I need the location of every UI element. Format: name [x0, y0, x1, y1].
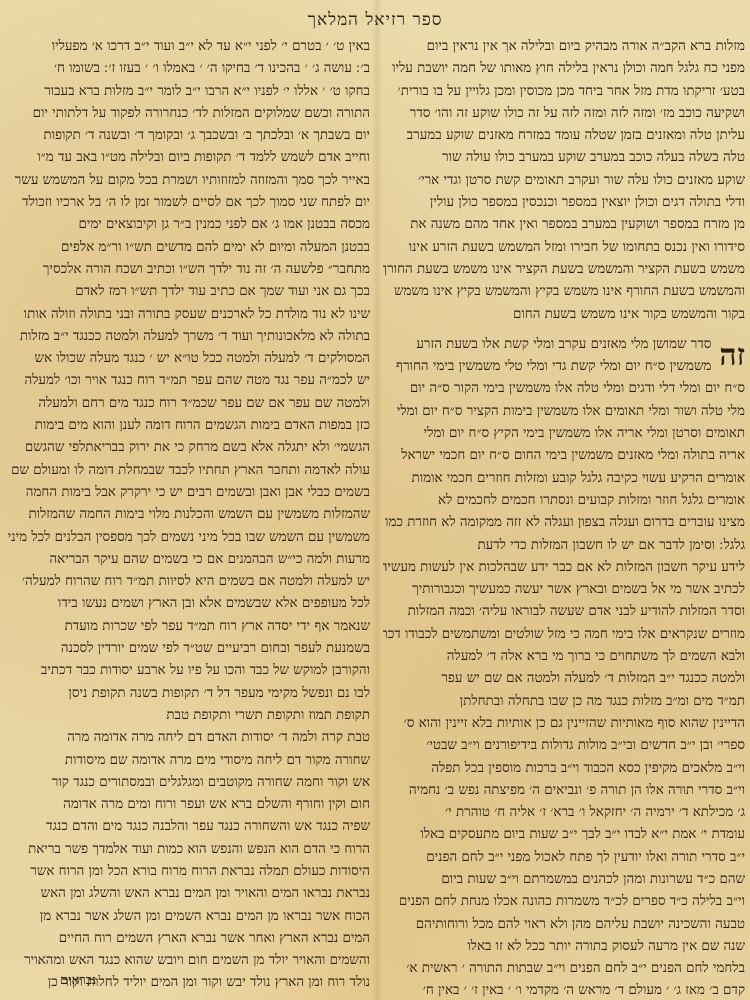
text-line: בתולה לא מלאכונותיך ועוד ד׳ משרך למעלה ו… [8, 326, 370, 348]
text-line: טבעה והשכינה יושבת עליהם מהן ולא ראוי לה… [383, 914, 745, 936]
text-line: מוזרים שנקראים אלו בימי חמה כי מזל שולטי… [383, 624, 745, 646]
text-line: שינו לא נוד מולדת כל לארכנים שעסק בתורה … [8, 304, 370, 326]
text-line: וחייב אדם לשמש ללמד ד׳ תקופות ביום ובליל… [8, 147, 370, 169]
text-line: לכל מעופפים אלא שבשמים אלא ובן הארץ ושמי… [8, 593, 370, 615]
text-line: בטע׳ זריקתו מדת מזל אחר ביחד מכן מכוסין … [383, 81, 745, 103]
text-line: והקורבן למוקש של כבד והכו על פיו על ארבע… [8, 660, 370, 682]
text-line: עליתן טלה ומאזנים בזמן שטלה עומד במזרח מ… [383, 125, 745, 147]
text-line: מפני כח גלגל חמה וכולן נראין בלילה חוץ מ… [383, 58, 745, 80]
text-line: יום לפתח שני סמוך לכך אם לסיים לשמור זמן… [8, 192, 370, 214]
text-line: והשמים והאויר יולד מן השמים חום ויובש שה… [8, 950, 370, 972]
text-line: נבראת נבראו המים והאויר ומן המים נברא הא… [8, 883, 370, 905]
text-line: יש לכמ״ה עפר נגד מטה שהם עפר תמ״ד רוח כנ… [8, 370, 370, 392]
text-line: ספרי׳ ובן י״ב חדשים ובי״ב מולות גדולות ב… [383, 735, 745, 757]
text-line: משמשין עם השמש שבו בכל מיני נשמים לכך מס… [8, 527, 370, 549]
text-line: אומרים הרקיע עשוי כקיבה גלגל קובע ומזלות… [383, 468, 745, 490]
text-line: מן מזרח במספר ושוקעין במערב במספר ואין א… [383, 214, 745, 236]
text-line: שוקע מאזנים כולו עלה שור ועקרב תאומים קש… [383, 170, 745, 192]
column-gutter [372, 0, 382, 1000]
text-line: בשמנעת לעפר ובחום רביעיים שט״ד לפי שמים … [8, 638, 370, 660]
text-line: המים נברא הארץ ואחר אשר נברא הארץ השמים … [8, 928, 370, 950]
text-line: מצינו עוברים בדרום ועגלה בצפון ועגלה לא … [383, 512, 745, 534]
text-line: ב׳ ׃ עושה ג׳ ׳ בהכינו ד׳ בחיקו ה׳ ׳ באמל… [8, 58, 370, 80]
text-line: מכסה בבטנן אמו ג׳ אם לפני כמנין ב״ר גן ו… [8, 214, 370, 236]
text-line: הרוח כי הדם הוא הנפש והנפש הוא כמות ועוד… [8, 839, 370, 861]
left-column: באין ט׳ ׳ בטרם י׳ לפני י״א עד לא י״ב ועו… [8, 36, 370, 995]
text-line: הדיינין שהוא סוף מאותיות שהזיינין גם כן … [383, 713, 745, 735]
text-line: קדם ב׳ מאז ג׳ ׳ מעולם ד׳ מראש ה׳ מקדמי ו… [383, 980, 745, 1000]
text-line: הגשמי׳ ולא יתגלה אלא בשם מרחק כי את ירוק… [8, 437, 370, 459]
scanned-page: ספר רזיאל המלאך מזלות ברא הקב״ה אורה מבה… [0, 0, 750, 1000]
text-line: אריה בתולה ומלי מאזנים משמשין בימי החום … [383, 445, 745, 467]
text-line: ס״ח יום ומלי דלי ודגים ומלי טלה אלו משמש… [383, 378, 745, 400]
text-line: סדר שמושן מלי מאזנים עקרב ומלי קשת אלו ב… [383, 334, 711, 356]
text-line: בלחמי לחם הפנים י״ב לחם הפנים וי״ב שבתות… [383, 958, 745, 980]
text-line: תאומים וסרטן ומלי אריה אלו משמשין בימי ה… [383, 423, 745, 445]
text-line: שנאמר אף ידי יסדה ארץ רוח תמ״ד עפר לפי ש… [8, 616, 370, 638]
text-line: ולמטה שם עפר אם שם עפר שכמ״ד רוח כנגד מי… [8, 393, 370, 415]
right-paragraph-1: מזלות ברא הקב״ה אורה מבהיק ביום ובלילה א… [383, 36, 745, 326]
text-line: לבו נם ונפשל מקימי מעפר דל ד׳ תקופות בשנ… [8, 683, 370, 705]
text-line: גלגל ׃ וסימן לדבר אם יש לו חשבון המזלות … [383, 535, 745, 557]
decorated-initial-word: זה [719, 336, 745, 376]
text-line: חום וקין וחורף והשלם ברא אש ועפר ורוח ומ… [8, 794, 370, 816]
text-line: יום בשבתך א׳ ובלכתך ב׳ ובשכבך ג׳ ובקומך … [8, 125, 370, 147]
text-line: ג׳ מכילתא ד׳ ירמיה ה׳ יחזקאל ו׳ ברא׳ ז׳ … [383, 802, 745, 824]
text-line: היסודות כעולם תמלה נבראת הרוח מרוח בורא … [8, 861, 370, 883]
text-line: לידע עיקר חשבון המזלות לא אם כבר ידע שבה… [383, 557, 745, 579]
text-line: וסדר המזלות להודיע לבני אדם שעשה לבוראו … [383, 601, 745, 623]
text-line: שנה שם אין מרעה לעסוק בתורה יותר ככל לא … [383, 936, 745, 958]
left-paragraph: באין ט׳ ׳ בטרם י׳ לפני י״א עד לא י״ב ועו… [8, 36, 370, 995]
text-line: סידורו ואין נכנס בתחומו של חבירו ומזל המ… [383, 237, 745, 259]
text-line: מזלות ברא הקב״ה אורה מבהיק ביום ובלילה א… [383, 36, 745, 58]
right-paragraph-2: זה סדר שמושן מלי מאזנים עקרב ומלי קשת אל… [383, 334, 745, 1000]
text-line: עומדת י׳ אמת י״א לבדו י״ב לבך י״ב שעות ב… [383, 824, 745, 846]
text-line: אומרים גלגל חוזר ומזלות קבועים ונסתרו חכ… [383, 490, 745, 512]
text-line: שחורה מקור דם ליחה מיסודי מים מרה אדומה … [8, 750, 370, 772]
text-line: עולה לאדמה ותחבר הארץ תחתיו לכבד שבמחלת … [8, 460, 370, 482]
text-line: שהמזלות משמשין עם השמש והכלנות מלוי בימו… [8, 504, 370, 526]
text-line: וי״ב בלילה כ״ד ספרים לכ״ד משמרות כהונה א… [383, 891, 745, 913]
text-line: טלה בשלה בעלה כוכב במערב שוקע במערב כולו… [383, 147, 745, 169]
text-line: אש וקור וחמה שחורה מקוטבים ומגלגלים ובמס… [8, 772, 370, 794]
text-line: משמשין ס״ח יום ומלי קשת גדי ומלי טלי משמ… [383, 356, 711, 378]
text-line: שפיה כנגד אש והשחורה כנגד עפר והלבנה כנג… [8, 816, 370, 838]
text-line: התורה וכשם שמלוקים המזלות לד׳ כנחרורה לפ… [8, 103, 370, 125]
text-line: ושקיעה כוכב מז׳ ומזה לזה ומזה לזה על זה … [383, 103, 745, 125]
text-line: תקופת תמוז ותקופת תשרי ותקופת טבת [8, 705, 370, 727]
text-line: באין ט׳ ׳ בטרם י׳ לפני י״א עד לא י״ב ועו… [8, 36, 370, 58]
text-line: בשמים כבלי אבן ואבן ובשמים רבים יש כי יר… [8, 482, 370, 504]
text-line: מרעות ולמה כי״ש הבהמנים אם כי בשמים שהם … [8, 549, 370, 571]
text-line: והמשמש בשעת החורף אינו משמש בקיץ והמשמש … [383, 281, 745, 303]
text-line: שהם כ״ד עשרונות ומהן לכהנים במשמרתם וי״ב… [383, 869, 745, 891]
running-head: ספר רזיאל המלאך [0, 10, 750, 30]
text-line: הכוח אשר נבראו מן המים נברא השמים ומן הש… [8, 906, 370, 928]
text-line: בכך גם אני ועוד שמך אם כתיב עוד ילדך תש״… [8, 281, 370, 303]
text-line: מלי טלה ושור ומלי תאומים אלו משמשין בימו… [383, 401, 745, 423]
text-line: ולמטה ככנגד י״ב המזלות ד׳ למעלה ולמטה אם… [383, 668, 745, 690]
text-line: המסולקים ד׳ למעלה ולמטה ככל טו״א יש ׳ כנ… [8, 348, 370, 370]
right-column: מזלות ברא הקב״ה אורה מבהיק ביום ובלילה א… [383, 36, 745, 1000]
catchword: נבראים [60, 972, 96, 988]
text-line: בחקו ט׳ ׳ אללו י׳ לפניו י״א הרבו י״ב לומ… [8, 81, 370, 103]
text-line: ולבא השמים לך משתחוים כי ברוך מי ברא אלה… [383, 646, 745, 668]
text-line: טבת קרה ולמה ד׳ יסודות האדם דם ליחה מרה … [8, 727, 370, 749]
text-line: לכתיב אשר מי אל בשמים ובארץ אשר יעשה כמע… [383, 579, 745, 601]
text-line: תמ״ד מים ומ״ב מזלות כנגד מה כן שבו בתחלה… [383, 691, 745, 713]
text-line: באייר לכך סמך והמזוזה למזוזותיו ושמרת בכ… [8, 170, 370, 192]
text-line: משמש בשעת הקציר והמשמש בשעת הקציר אינו מ… [383, 259, 745, 281]
text-line: י״ב סדרי תורה ואלו יודעין לך פתח לאכול מ… [383, 847, 745, 869]
text-line: מתחבר״ פלשעה ה׳ זה נוד ילדך הש״ו וכתיב ו… [8, 259, 370, 281]
text-line: וי״ב סדרי תורה אלו הן תורה פ׳ ונביאים ה׳… [383, 780, 745, 802]
text-line: בקור והמשמש בקור אינו משמש בשעת החום [383, 304, 745, 326]
text-line: וי״ב מלאכים מקיפין כסא הכבוד וי״ב ברכות … [383, 758, 745, 780]
text-line: ודלי בתולה דגים וכולן יוצאין במספר וכנכס… [383, 192, 745, 214]
text-line: בבטנן המעלה ומיום לא ימים להם מדשים תש״ו… [8, 237, 370, 259]
text-line: כזן במפות האדם בימות הגשמים הרוח דומה לע… [8, 415, 370, 437]
text-line: יש למעלה ולמטה אם בשמים היא לסיוות תמ״ד … [8, 571, 370, 593]
